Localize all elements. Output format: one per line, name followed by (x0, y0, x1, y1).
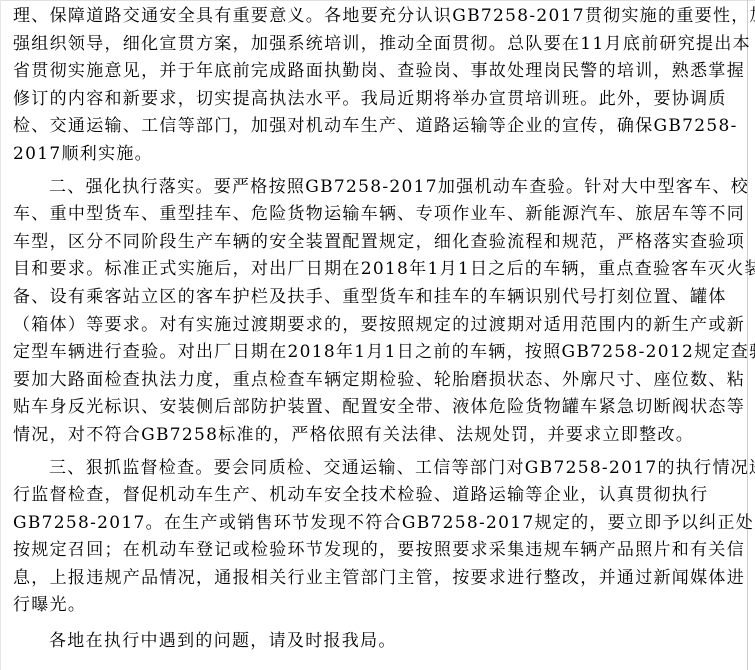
text-line: 要加大路面检查执法力度，重点检查车辆定期检验、轮胎磨损状态、外廓尺寸、座位数、粘 (13, 367, 747, 395)
document-text: 理、保障道路交通安全具有重要意义。各地要充分认识GB7258-2017贯彻实施的… (0, 0, 755, 656)
text-line: 行曝光。 (13, 592, 747, 620)
text-line: 车、重中型货车、重型挂车、危险货物运输车辆、专项作业车、新能源汽车、旅居车等不同 (13, 201, 747, 229)
text-line: 修订的内容和新要求，切实提高执法水平。我局近期将举办宣贯培训班。此外，要协调质 (13, 86, 747, 114)
text-line: 三、狠抓监督检查。要会同质检、交通运输、工信等部门对GB7258-2017的执行… (13, 455, 747, 483)
text-line: 省贯彻实施意见，并于年底前完成路面执勤岗、查验岗、事故处理岗民警的培训，熟悉掌握 (13, 58, 747, 86)
paragraph: 二、强化执行落实。要严格按照GB7258-2017加强机动车查验。针对大中型客车… (13, 174, 747, 450)
text-line: 检、交通运输、工信等部门，加强对机动车生产、道路运输等企业的宣传，确保GB725… (13, 113, 747, 141)
text-line: 定型车辆进行查验。对出厂日期在2018年1月1日之前的车辆，按照GB7258-2… (13, 339, 747, 367)
text-line: 二、强化执行落实。要严格按照GB7258-2017加强机动车查验。针对大中型客车… (13, 174, 747, 202)
text-line: 理、保障道路交通安全具有重要意义。各地要充分认识GB7258-2017贯彻实施的… (13, 3, 747, 31)
text-line: 各地在执行中遇到的问题，请及时报我局。 (13, 628, 747, 656)
text-line: 强组织领导，细化宣贯方案，加强系统培训，推动全面贯彻。总队要在11月底前研究提出… (13, 31, 747, 59)
text-line: 行监督检查，督促机动车生产、机动车安全技术检验、道路运输等企业，认真贯彻执行 (13, 482, 747, 510)
paragraph: 各地在执行中遇到的问题，请及时报我局。 (13, 628, 747, 656)
text-line: 贴车身反光标识、安装侧后部防护装置、配置安全带、液体危险货物罐车紧急切断阀状态等 (13, 394, 747, 422)
text-line: 息，上报违规产品情况，通报相关行业主管部门主管，按要求进行整改，并通过新闻媒体进 (13, 565, 747, 593)
text-line: GB7258-2017。在生产或销售环节发现不符合GB7258-2017规定的，… (13, 510, 747, 538)
text-line: 备、设有乘客站立区的客车护栏及扶手、重型货车和挂车的车辆识别代号打刻位置、罐体 (13, 284, 747, 312)
text-line: 2017顺利实施。 (13, 141, 747, 169)
text-line: （箱体）等要求。对有实施过渡期要求的，要按照规定的过渡期对适用范围内的新生产或新 (13, 312, 747, 340)
paragraph: 三、狠抓监督检查。要会同质检、交通运输、工信等部门对GB7258-2017的执行… (13, 455, 747, 621)
text-line: 目和要求。标准正式实施后，对出厂日期在2018年1月1日之后的车辆，重点查验客车… (13, 256, 747, 284)
paragraph: 理、保障道路交通安全具有重要意义。各地要充分认识GB7258-2017贯彻实施的… (13, 3, 747, 169)
text-line: 按规定召回；在机动车登记或检验环节发现的，要按照要求采集违规车辆产品照片和有关信 (13, 537, 747, 565)
text-line: 情况，对不符合GB7258标准的，严格依照有关法律、法规处罚，并要求立即整改。 (13, 422, 747, 450)
text-line: 车型，区分不同阶段生产车辆的安全装置配置规定，细化查验流程和规范，严格落实查验项 (13, 229, 747, 257)
document-page: 理、保障道路交通安全具有重要意义。各地要充分认识GB7258-2017贯彻实施的… (0, 0, 755, 670)
